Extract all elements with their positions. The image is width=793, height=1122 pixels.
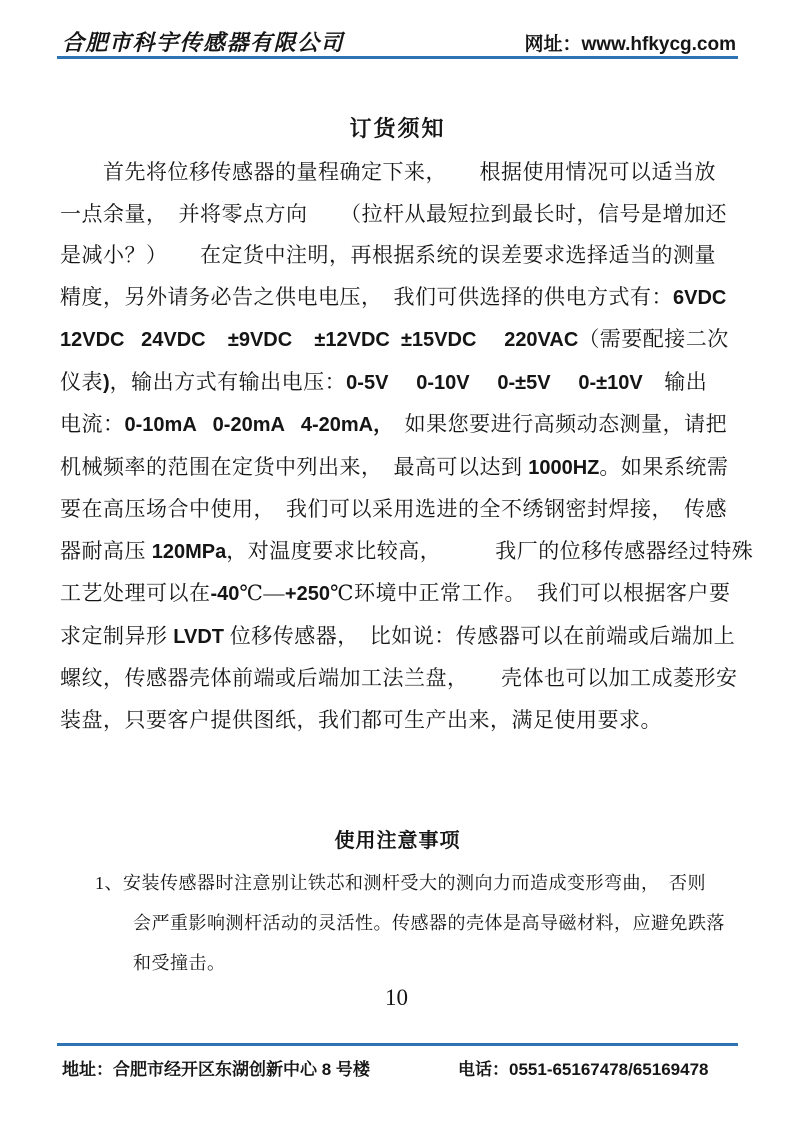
paragraph-line: 精度，另外请务必告之供电电压， 我们可供选择的供电方式有：6VDC <box>60 277 740 320</box>
precaution-item: 1、安装传感器时注意别让铁芯和测杆受大的测向力而造成变形弯曲， 否则会严重影响测… <box>95 863 740 983</box>
notice-paragraph: 首先将位移传感器的量程确定下来， 根据使用情况可以适当放一点余量， 并将零点方向… <box>60 152 740 741</box>
paragraph-line: 是减小？） 在定货中注明，再根据系统的误差要求选择适当的测量 <box>60 235 740 277</box>
paragraph-line: 机械频率的范围在定货中列出来， 最高可以达到 1000HZ。如果系统需 <box>60 447 740 490</box>
precaution-line: 和受撞击。 <box>95 943 740 983</box>
page-number: 10 <box>0 985 793 1011</box>
precaution-line: 1、安装传感器时注意别让铁芯和测杆受大的测向力而造成变形弯曲， 否则 <box>95 863 740 903</box>
document-title: 订货须知 <box>57 112 738 143</box>
precaution-line: 会严重影响测杆活动的灵活性。传感器的壳体是高导磁材料，应避免跌落 <box>95 903 740 943</box>
section-title-precautions: 使用注意事项 <box>57 824 738 853</box>
paragraph-line: 器耐高压 120MPa，对温度要求比较高， 我厂的位移传感器经过特殊 <box>60 531 740 574</box>
header-company-name: 合肥市科宇传感器有限公司 <box>62 26 344 57</box>
paragraph-line: 要在高压场合中使用， 我们可以采用选进的全不绣钢密封焊接， 传感 <box>60 489 740 531</box>
paragraph-line: 12VDC 24VDC ±9VDC ±12VDC ±15VDC 220VAC（需… <box>60 319 740 362</box>
paragraph-line: 工艺处理可以在-40℃—+250℃环境中正常工作。 我们可以根据客户要 <box>60 573 740 616</box>
header-website-url: 网址：www.hfkycg.com <box>525 29 737 56</box>
paragraph-line: 一点余量， 并将零点方向 （拉杆从最短拉到最长时，信号是增加还 <box>60 194 740 236</box>
footer-address: 地址：合肥市经开区东湖创新中心 8 号楼 <box>62 1055 370 1080</box>
paragraph-line: 电流：0-10mA 0-20mA 4-20mA， 如果您要进行高频动态测量，请把 <box>60 404 740 447</box>
footer-phone: 电话：0551-65167478/65169478 <box>458 1055 708 1080</box>
paragraph-line: 仪表)，输出方式有输出电压：0-5V 0-10V 0-±5V 0-±10V 输出 <box>60 362 740 405</box>
paragraph-line: 螺纹，传感器壳体前端或后端加工法兰盘， 壳体也可以加工成菱形安 <box>60 658 740 700</box>
document-page: 合肥市科宇传感器有限公司 网址：www.hfkycg.com 订货须知 首先将位… <box>0 0 793 1122</box>
paragraph-line: 求定制异形 LVDT 位移传感器， 比如说：传感器可以在前端或后端加上 <box>60 616 740 659</box>
header-rule <box>57 56 738 59</box>
paragraph-line: 首先将位移传感器的量程确定下来， 根据使用情况可以适当放 <box>60 152 740 194</box>
paragraph-line: 装盘，只要客户提供图纸，我们都可生产出来，满足使用要求。 <box>60 700 740 742</box>
footer-rule <box>57 1043 738 1046</box>
